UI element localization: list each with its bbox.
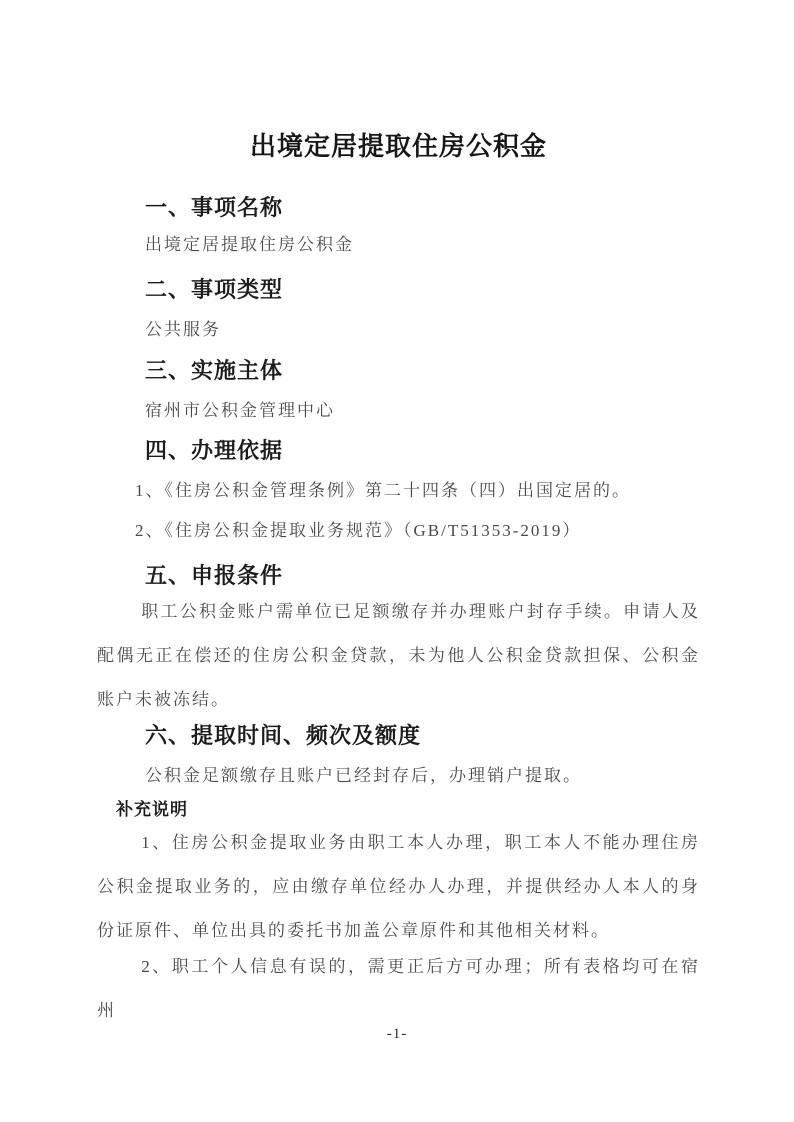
- document-title: 出境定居提取住房公积金: [97, 130, 700, 162]
- section-3-heading: 三、实施主体: [145, 357, 700, 385]
- section-6-content: 公积金足额缴存且账户已经封存后，办理销户提取。: [145, 763, 700, 789]
- document-page: 出境定居提取住房公积金 一、事项名称 出境定居提取住房公积金 二、事项类型 公共…: [0, 0, 794, 1122]
- legal-basis-item-1: 1、《住房公积金管理条例》第二十四条（四）出国定居的。: [135, 478, 700, 504]
- legal-basis-item-2: 2、《住房公积金提取业务规范》（GB/T51353-2019）: [135, 518, 700, 544]
- supplement-note-1: 1、住房公积金提取业务由职工本人办理，职工本人不能办理住房公积金提取业务的，应由…: [97, 821, 700, 953]
- supplement-heading: 补充说明: [116, 797, 700, 823]
- section-1-content: 出境定居提取住房公积金: [145, 232, 700, 258]
- supplement-note-2: 2、职工个人信息有误的，需更正后方可办理；所有表格均可在宿州: [97, 945, 700, 1033]
- section-5-paragraph: 职工公积金账户需单位已足额缴存并办理账户封存手续。申请人及配偶无正在偿还的住房公…: [97, 590, 700, 722]
- section-2-content: 公共服务: [145, 317, 700, 343]
- section-3-content: 宿州市公积金管理中心: [145, 398, 700, 424]
- section-6-heading: 六、提取时间、频次及额度: [145, 722, 700, 750]
- page-number: -1-: [0, 1026, 794, 1043]
- section-4-heading: 四、办理依据: [145, 437, 700, 465]
- section-1-heading: 一、事项名称: [145, 194, 700, 222]
- section-2-heading: 二、事项类型: [145, 276, 700, 304]
- section-5-heading: 五、申报条件: [145, 562, 700, 590]
